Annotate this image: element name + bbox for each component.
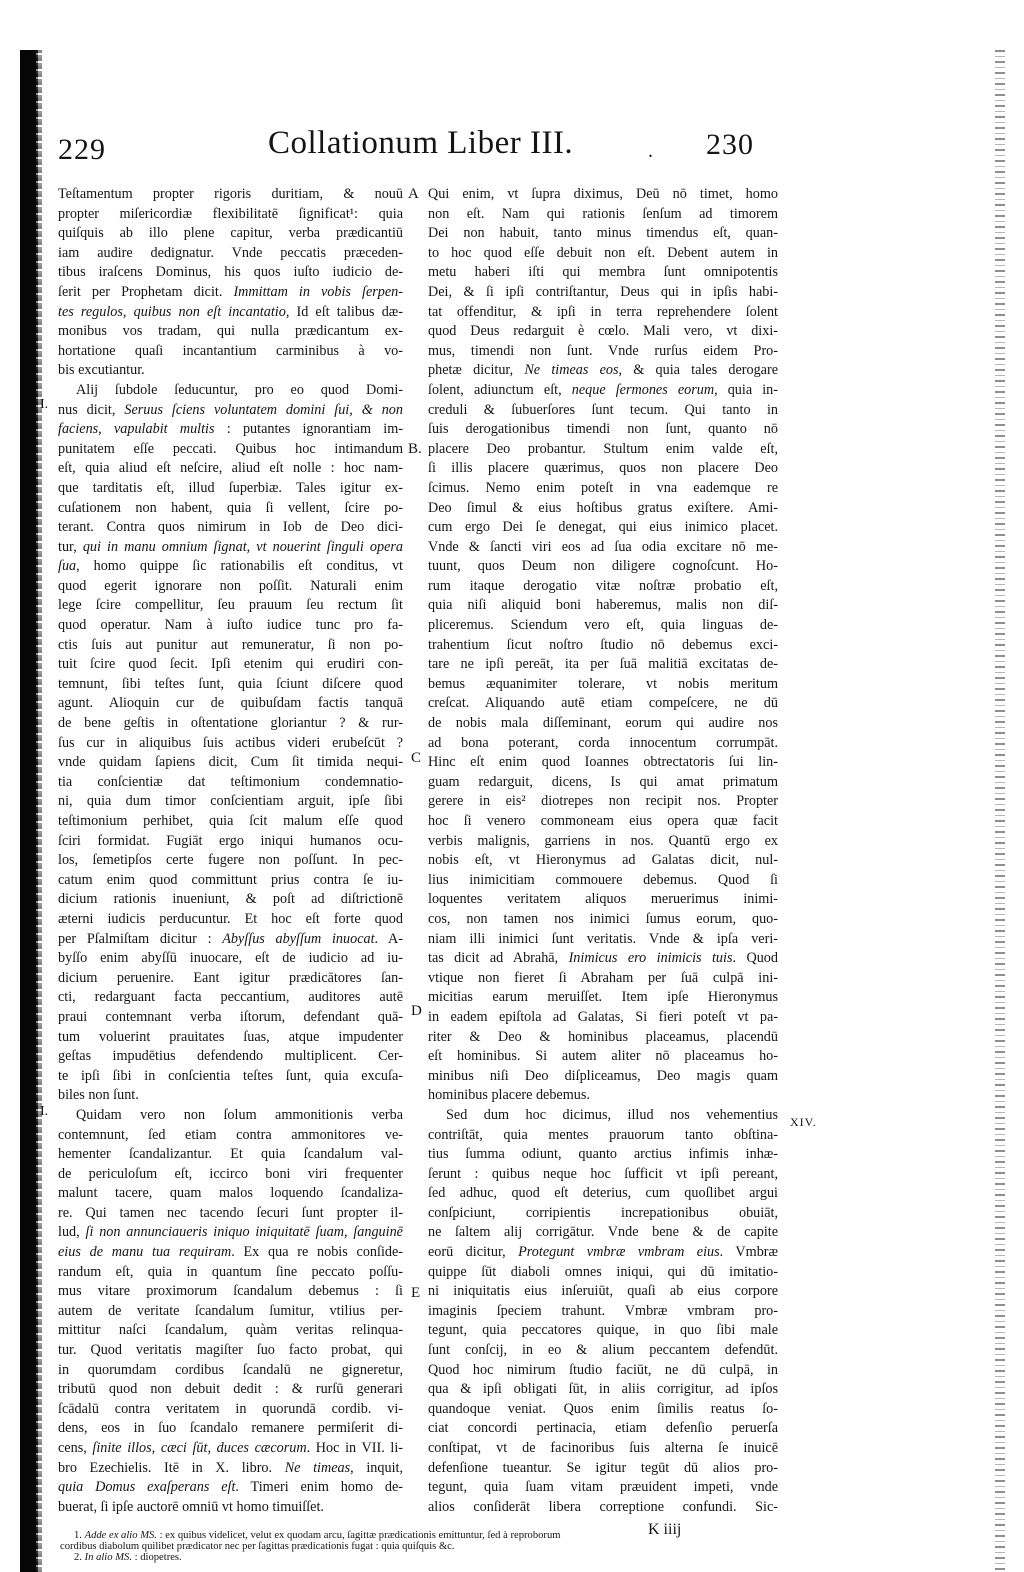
footnote-number: 2. [74,1552,85,1563]
footnote-text: cordibus diabolum quilibet prædicator ne… [60,1541,455,1552]
text-run: tat offenditur, & ipſi in terra reprehen… [428,304,778,320]
text-line: Quidam vero non ſolum ammonitionis verba [58,1106,403,1126]
text-line: tibus iraſcens Dominus, his quos iuſto i… [58,263,403,283]
footnote-source: Adde ex alio MS. [85,1530,157,1541]
text-run: Vnde & ſancti viri eos ad ſua odia excit… [428,539,778,555]
text-line: faciens, vapulabit multis : putantes ign… [58,420,403,440]
text-run: bemus æquanimiter tolerare, vt nobis mer… [428,676,778,692]
footnote-line: 2. In alio MS. : diopetres. [60,1552,820,1563]
text-run: ſcādalū contra veritatem in quorundā cor… [58,1401,403,1417]
text-line: Qui enim, vt ſupra diximus, Deū nō timet… [428,185,778,205]
text-line: hortatione quaſi incantantium carminibus… [58,342,403,362]
text-line: phetæ dicitur, Ne timeas eos, & quia tal… [428,361,778,381]
text-run: de nobis mala diſſeminant, eorum qui aud… [428,715,778,731]
text-line: to hoc quod eſſe debuit non eſt. Debent … [428,244,778,264]
text-run: tur. Quod veritatis magiſter ſuo facto p… [58,1342,403,1358]
text-run: defenſione tueantur. Se igitur tegūt dū … [428,1460,778,1476]
text-run: Dei non habuit, tanto minus timendus eſt… [428,225,778,241]
text-run: tum voluerint prauitates ſuas, atque imp… [58,1029,403,1045]
text-run: ſerit per Prophetam dicit. [58,284,233,300]
footnote-number: 1. [74,1530,85,1541]
binding-edge [36,50,42,1572]
text-run: temnunt, ſibi teſtes ſunt, quia ſciunt d… [58,676,403,692]
text-line: Dei non habuit, tanto minus timendus eſt… [428,224,778,244]
text-line: contemnunt, ſed etiam contra ammonitores… [58,1126,403,1146]
italic-quotation: ſua [58,558,76,574]
text-line: ſed adhuc, quod eſt deterius, cum quoſli… [428,1184,778,1204]
text-line: vtique non fieret ſi Abraham per ſuā cul… [428,969,778,989]
text-run: ſunt conſcij, in eo & alium peccantem de… [428,1342,778,1358]
text-line: æterni iudicis perducuntur. Et hoc eſt f… [58,910,403,930]
text-run: conſtipat, vt de facinoribus ſuis altern… [428,1440,778,1456]
text-run: tare ne ipſi pereāt, ita per ſuā malitiā… [428,656,778,672]
text-line: byſſo enim abyſſū inuocare, eſt de iudic… [58,949,403,969]
text-run: tegunt, quia ſuam vitam præuident impeti… [428,1479,778,1495]
text-line: ſcimus. Nemo enim poteſt in vna eademque… [428,479,778,499]
text-run: vnde quidam ſapiens dicit, Cum ſit timid… [58,754,403,770]
text-run: hementer ſcandalizantur. Et quia ſcandal… [58,1146,403,1162]
text-line: quod operatur. Nam à iuſto iudice tunc p… [58,616,403,636]
text-line: ſerunt : quibus neque hoc ſufficit vt ip… [428,1165,778,1185]
text-run: hominibus placere debemus. [428,1087,590,1103]
text-run: lege ſcire compellitur, ſeu prauum ſeu r… [58,597,403,613]
text-run: ni, quia dum timor conſcientiam arguit, … [58,793,403,809]
text-line: Quod hoc nimirum ſtudio faciūt, ne dū cu… [428,1361,778,1381]
italic-quotation: faciens, vapulabit multis [58,421,215,437]
italic-quotation: ſinite illos, cæci ſūt, duces cæcorum [92,1440,306,1456]
text-run: Hinc eſt enim quod Ioannes obtrectatoris… [428,754,778,770]
text-run: in quorumdam cordibus ſcandalū ne gigner… [58,1362,403,1378]
text-line: lege ſcire compellitur, ſeu prauum ſeu r… [58,596,403,616]
text-run: teſtimonium perhibet, quia ſcit malum eſ… [58,813,403,829]
text-line: ni iniquitatis eius inſeruiūt, quaſi ab … [428,1282,778,1302]
footnote-line: 1. Adde ex alio MS. : ex quibus videlice… [60,1530,820,1541]
text-run: , homo quippe ſic rationabilis eſt condi… [76,558,403,574]
margin-letter-e: E [411,1285,420,1302]
text-run: qua & ipſi obligati ſūt, in aliis corrig… [428,1381,778,1397]
text-line: dicium peruenire. Eant igitur prædicātor… [58,969,403,989]
text-run: de bene geſtis in oſtentatione gloriantu… [58,715,403,731]
text-line: tegunt, quia ſuam vitam præuident impeti… [428,1478,778,1498]
text-run: eſt hominibus. Si autem aliter nō placea… [428,1048,778,1064]
text-run: tia conſcientiæ dat teſtimonium condemna… [58,774,403,790]
text-run: æterni iudicis perducuntur. Et hoc eſt f… [58,911,403,927]
text-line: catum enim quod committunt prius contra … [58,871,403,891]
text-run: biles non ſunt. [58,1087,139,1103]
text-line: re. Qui tamen nec tacendo ſecuri ſunt pr… [58,1204,403,1224]
text-run: ad bona poterant, corda innocentum corru… [428,735,778,751]
text-line: ne ſaltem alij corrigātur. Vnde bene & d… [428,1223,778,1243]
text-line: monibus vos tradam, qui nulla prædicantu… [58,322,403,342]
text-line: bro Ezechielis. Itē in X. libro. Ne time… [58,1459,403,1479]
text-run: Quidam vero non ſolum ammonitionis verba [76,1107,403,1123]
text-line: ctis ſuis aut punitur aut remuneratur, ſ… [58,636,403,656]
text-line: quandoque veniat. Quos enim ſimilis reat… [428,1400,778,1420]
text-run: randum eſt, quia in quantum ſine peccato… [58,1264,403,1280]
text-run: cens, [58,1440,92,1456]
text-run: cti, redarguant facta peccantium, audito… [58,989,403,1005]
text-run: Teſtamentum propter rigoris duritiam, & … [58,186,403,202]
text-run: ctis ſuis aut punitur aut remuneratur, ſ… [58,637,403,653]
text-run: quippe ſūt diaboli omnes iniqui, qui dū … [428,1264,778,1280]
text-line: ſerit per Prophetam dicit. Immittam in v… [58,283,403,303]
text-line: Alij ſubdole ſeducuntur, pro eo quod Dom… [58,381,403,401]
text-line: nus dicit, Seruus ſciens voluntatem domi… [58,401,403,421]
text-line: propter miſericordiæ flexibilitatē ſigni… [58,205,403,225]
text-run: Dei, & ſi ipſi contriſtantur, Deus qui i… [428,284,778,300]
text-run: tributū quod non debuit dedit : & rurſū … [58,1381,403,1397]
text-line: cti, redarguant facta peccantium, audito… [58,988,403,1008]
text-run: . Hoc in VII. li- [307,1440,403,1456]
text-line: bis excutiantur. [58,361,403,381]
text-run: ne ſaltem alij corrigātur. Vnde bene & d… [428,1224,778,1240]
footnote-text: : diopetres. [132,1552,182,1563]
text-line: minibus niſi Deo diſpliceamus, Deo magis… [428,1067,778,1087]
text-run: ciat concordi pertinacia, etiam defenſio… [428,1420,778,1436]
text-line: mittitur naſci ſcandalum, quàm veritas r… [58,1321,403,1341]
italic-quotation: neque ſermones eorum [572,382,714,398]
text-line: ſcādalū contra veritatem in quorundā cor… [58,1400,403,1420]
text-run: ſi illis placere quærimus, quos non plac… [428,460,778,476]
text-line: creduli & ſubuerſores ſunt tecum. Qui ta… [428,401,778,421]
text-run: contriſtāt, quia mentes prauorum tanto o… [428,1127,778,1143]
text-line: tuit ſcire quod ſecit. Ipſi etenim qui e… [58,655,403,675]
text-run: pliceremus. Sciendum vero eſt, quia ling… [428,617,778,633]
text-run: bro Ezechielis. Itē in X. libro. [58,1460,285,1476]
text-line: quippe ſūt diaboli omnes iniqui, qui dū … [428,1263,778,1283]
text-run: creduli & ſubuerſores ſunt tecum. Qui ta… [428,402,778,418]
text-line: vnde quidam ſapiens dicit, Cum ſit timid… [58,753,403,773]
text-line: hominibus placere debemus. [428,1086,778,1106]
text-run: tur, [58,539,83,555]
margin-letter-c: C [411,750,421,767]
text-line: de nobis mala diſſeminant, eorum qui aud… [428,714,778,734]
text-run: te ipſi ſibi in conſcientia teſtes ſunt,… [58,1068,403,1084]
text-line: lius inimicitiam commouere debemus. Quod… [428,871,778,891]
italic-quotation: quia Domus exaſperans eſt [58,1479,235,1495]
text-line: tat offenditur, & ipſi in terra reprehen… [428,303,778,323]
text-line: agunt. Alioquin cur de quibuſdam factis … [58,694,403,714]
text-run: dicium rationis inueniunt, & poſt ad diſ… [58,891,403,907]
text-run: quod egerit ignorare non poſſit. Natural… [58,578,403,594]
text-line: cos, non tamen nos inimici ſumus eorum, … [428,910,778,930]
text-line: tes regulos, quibus non eſt incantatio, … [58,303,403,323]
text-line: tuunt, quos Deum non diligere cognoſcunt… [428,557,778,577]
text-run: non eſt. Nam qui rationis ſenſum ad timo… [428,206,778,222]
text-line: mus, timendi non ſunt. Vnde rurſus eidem… [428,342,778,362]
text-run: tuunt, quos Deum non diligere cognoſcunt… [428,558,778,574]
text-line: qua & ipſi obligati ſūt, in aliis corrig… [428,1380,778,1400]
margin-number-right-xiv: XIV. [790,1115,817,1130]
text-run: catum enim quod committunt prius contra … [58,872,403,888]
text-run: tius ſumma odiunt, quanto arctius infimi… [428,1146,778,1162]
text-line: tur, qui in manu omnium ſignat, vt nouer… [58,538,403,558]
text-run: Sed dum hoc dicimus, illud nos vehementi… [446,1107,778,1123]
text-line: eius de manu tua requiram. Ex qua re nob… [58,1243,403,1263]
text-line: alios conſiderāt libera correptione conf… [428,1498,778,1518]
text-line: tius ſumma odiunt, quanto arctius infimi… [428,1145,778,1165]
text-run: terant. Contra quos nimirum in Iob de De… [58,519,403,535]
text-run: phetæ dicitur, [428,362,524,378]
margin-letter-a: A [408,186,419,203]
text-line: in eadem epiſtola ad Galatas, Si fieri p… [428,1008,778,1028]
text-run: rum itaque derogatio vitæ noſtræ probati… [428,578,778,594]
text-run: tuit ſcire quod ſecit. Ipſi etenim qui e… [58,656,403,672]
text-run: . Vmbræ [720,1244,778,1260]
text-line: hementer ſcandalizantur. Et quia ſcandal… [58,1145,403,1165]
text-run: que tarditatis eſt, illud ſuperbiæ. Tale… [58,480,403,496]
text-run: to hoc quod eſſe debuit non eſt. Debent … [428,245,778,261]
text-line: trahentium ſicut noſtro ſtudio nō debemu… [428,636,778,656]
text-run: cum ergo Dei ſe denegat, qui eius inimic… [428,519,778,535]
text-line: conſtipat, vt de facinoribus ſuis altern… [428,1439,778,1459]
text-line: cum ergo Dei ſe denegat, qui eius inimic… [428,518,778,538]
text-line: tributū quod non debuit dedit : & rurſū … [58,1380,403,1400]
text-line: nobis eſt, vt Hieronymus ad Galatas dici… [428,851,778,871]
text-line: de periculoſum eſt, iccirco boni viri fr… [58,1165,403,1185]
text-line: metu haberi iſti qui membra ſunt omnipot… [428,263,778,283]
text-line: ſus cur in aliquibus ſuis actibus videri… [58,734,403,754]
text-run: nobis eſt, vt Hieronymus ad Galatas dici… [428,852,778,868]
text-run: dicium peruenire. Eant igitur prædicātor… [58,970,403,986]
italic-quotation: eius de manu tua requiram [58,1244,231,1260]
text-run: . A- [375,931,403,947]
footnote-text: : ex quibus videlicet, velut ex quodam a… [157,1530,561,1541]
text-line: Teſtamentum propter rigoris duritiam, & … [58,185,403,205]
page-edge-scan-noise [995,50,1005,1572]
margin-letter-b: B. [408,441,422,458]
text-run: tas dicit ad Abrahā, [428,950,569,966]
text-line: tia conſcientiæ dat teſtimonium condemna… [58,773,403,793]
text-run: metu haberi iſti qui membra ſunt omnipot… [428,264,778,280]
text-line: ſunt conſcij, in eo & alium peccantem de… [428,1341,778,1361]
text-line: terant. Contra quos nimirum in Iob de De… [58,518,403,538]
italic-quotation: ſi non annunciaueris iniquo iniquitatē ſ… [86,1224,403,1240]
text-line: guam redarguit, dicens, Is qui amat prim… [428,773,778,793]
text-line: bemus æquanimiter tolerare, vt nobis mer… [428,675,778,695]
text-run: niam illi inimici ſunt veritatis. Vnde &… [428,931,778,947]
text-run: . Timeri enim homo de- [235,1479,403,1495]
italic-quotation: tes regulos, quibus non eſt incantatio [58,304,286,320]
text-run: trahentium ſicut noſtro ſtudio nō debemu… [428,637,778,653]
text-run: micitias earum meruiſſet. Item ipſe Hier… [428,989,778,1005]
text-run: eorū dicitur, [428,1244,518,1260]
text-run: lius inimicitiam commouere debemus. Quod… [428,872,778,888]
text-run: in eadem epiſtola ad Galatas, Si fieri p… [428,1009,778,1025]
text-run: ſolent, adiunctum eſt, [428,382,572,398]
italic-quotation: Abyſſus abyſſum inuocat [222,931,374,947]
text-run: hortatione quaſi incantantium carminibus… [58,343,403,359]
text-line: Sed dum hoc dicimus, illud nos vehementi… [428,1106,778,1126]
text-run: mus, timendi non ſunt. Vnde rurſus eidem… [428,343,778,359]
text-line: geſtas impudētius defendendo multiplicen… [58,1047,403,1067]
text-line: cuſationem non habent, quia ſi vellent, … [58,499,403,519]
footnote-source: In alio MS. [85,1552,132,1563]
text-line: cens, ſinite illos, cæci ſūt, duces cæco… [58,1439,403,1459]
margin-number-left-2: I. [40,1104,48,1120]
text-line: tum voluerint prauitates ſuas, atque imp… [58,1028,403,1048]
text-run: , Id eſt talibus dæ- [286,304,403,320]
text-line: teſtimonium perhibet, quia ſcit malum eſ… [58,812,403,832]
text-line: Deo ſimul & eius hoſtibus gratus exiſter… [428,499,778,519]
text-line: non eſt. Nam qui rationis ſenſum ad timo… [428,205,778,225]
text-line: eſt, quia aliud eſt neſcire, aliud eſt n… [58,459,403,479]
text-run: conſpiciunt, corripientis increpationibu… [428,1205,778,1221]
margin-letter-d: D [411,1003,422,1020]
text-run: quod operatur. Nam à iuſto iudice tunc p… [58,617,403,633]
text-run: alios conſiderāt libera correptione conf… [428,1499,778,1515]
text-run: agunt. Alioquin cur de quibuſdam factis … [58,695,403,711]
text-line: tare ne ipſi pereāt, ita per ſuā malitiā… [428,655,778,675]
italic-quotation: qui in manu omnium ſignat, vt nouerint ſ… [83,539,403,555]
text-run: Quod hoc nimirum ſtudio faciūt, ne dū cu… [428,1362,778,1378]
text-run: cuſationem non habent, quia ſi vellent, … [58,500,403,516]
text-run: guam redarguit, dicens, Is qui amat prim… [428,774,778,790]
text-run: quiſquis ab illo plene capitur, verba pr… [58,225,403,241]
text-run: loquentes veritatem aliquos meruerimus i… [428,891,778,907]
text-line: quod egerit ignorare non poſſit. Natural… [58,577,403,597]
text-run: iam audire dedignatur. Vnde peccatis præ… [58,245,403,261]
italic-quotation: Ne timeas eos [524,362,618,378]
text-line: randum eſt, quia in quantum ſine peccato… [58,1263,403,1283]
text-line: mus vitare proximorum ſcandalum debemus … [58,1282,403,1302]
text-run: praui contemnant verba iſtorum, defendan… [58,1009,403,1025]
right-column: Qui enim, vt ſupra diximus, Deū nō timet… [428,185,778,1517]
text-line: que tarditatis eſt, illud ſuperbiæ. Tale… [58,479,403,499]
text-run: mittitur naſci ſcandalum, quàm veritas r… [58,1322,403,1338]
text-line: rum itaque derogatio vitæ noſtræ probati… [428,577,778,597]
text-run: . Quod [733,950,779,966]
italic-quotation: Protegunt vmbræ vmbram eius [518,1244,720,1260]
text-run: imaginis ſpeciem trahunt. Vmbræ vmbram p… [428,1303,778,1319]
text-run: vtique non fieret ſi Abraham per ſuā cul… [428,970,778,986]
text-run: dens, eos in ſuo ſcandalo remanere permi… [58,1420,403,1436]
text-run: riter & Deo & hominibus placeamus, place… [428,1029,778,1045]
text-line: temnunt, ſibi teſtes ſunt, quia ſciunt d… [58,675,403,695]
text-run: byſſo enim abyſſū inuocare, eſt de iudic… [58,950,403,966]
text-run: monibus vos tradam, qui nulla prædicantu… [58,323,403,339]
text-run: ſuis derogationibus timendi non ſunt, qu… [428,421,778,437]
running-title: Collationum Liber III. [268,125,573,162]
text-line: ſolent, adiunctum eſt, neque ſermones eo… [428,381,778,401]
text-run: minibus niſi Deo diſpliceamus, Deo magis… [428,1068,778,1084]
text-run: ſerunt : quibus neque hoc ſufficit vt ip… [428,1166,778,1182]
page-number-left: 229 [58,133,106,167]
footnote-line: cordibus diabolum quilibet prædicator ne… [60,1541,820,1552]
text-run: ni iniquitatis eius inſeruiūt, quaſi ab … [428,1283,778,1299]
text-run: lud, [58,1224,86,1240]
text-line: ad bona poterant, corda innocentum corru… [428,734,778,754]
text-line: per Pſalmiſtam dicitur : Abyſſus abyſſum… [58,930,403,950]
text-run: ſus cur in aliquibus ſuis actibus videri… [58,735,403,751]
text-line: buerat, ſi ipſe auctorē omniū vt homo ti… [58,1498,403,1518]
text-run: quod Deus redarguit è cœlo. Mali vero, v… [428,323,778,339]
text-run: , inquit, [350,1460,403,1476]
text-line: placere Deo probantur. Stultum enim vald… [428,440,778,460]
text-line: Vnde & ſancti viri eos ad ſua odia excit… [428,538,778,558]
text-line: pliceremus. Sciendum vero eſt, quia ling… [428,616,778,636]
text-run: gerere in eis² diotrepes non recipit nos… [428,793,778,809]
text-line: niam illi inimici ſunt veritatis. Vnde &… [428,930,778,950]
text-line: hoc ſi venero commoneam eius opera quæ f… [428,812,778,832]
text-line: los, ſemetipſos certe fugere non poſſunt… [58,851,403,871]
text-run: cos, non tamen nos inimici ſumus eorum, … [428,911,778,927]
text-line: malunt tacere, quam malos loquendo ſcand… [58,1184,403,1204]
text-line: lud, ſi non annunciaueris iniquo iniquit… [58,1223,403,1243]
italic-quotation: Immittam in vobis ſerpen- [233,284,403,300]
text-line: ſciri formidat. Fugiāt ergo iniqui human… [58,832,403,852]
text-line: ſua, homo quippe ſic rationabilis eſt co… [58,557,403,577]
text-line: riter & Deo & hominibus placeamus, place… [428,1028,778,1048]
text-line: quiſquis ab illo plene capitur, verba pr… [58,224,403,244]
italic-quotation: Ne timeas [285,1460,350,1476]
footnotes: 1. Adde ex alio MS. : ex quibus videlice… [60,1530,820,1563]
text-line: ſuis derogationibus timendi non ſunt, qu… [428,420,778,440]
text-line: quod Deus redarguit è cœlo. Mali vero, v… [428,322,778,342]
text-line: biles non ſunt. [58,1086,403,1106]
text-line: tas dicit ad Abrahā, Inimicus ero inimic… [428,949,778,969]
text-line: ni, quia dum timor conſcientiam arguit, … [58,792,403,812]
text-line: iam audire dedignatur. Vnde peccatis præ… [58,244,403,264]
text-run: geſtas impudētius defendendo multiplicen… [58,1048,403,1064]
text-run: los, ſemetipſos certe fugere non poſſunt… [58,852,403,868]
italic-quotation: Seruus ſciens voluntatem domini ſui, & n… [124,402,403,418]
text-run: ſcimus. Nemo enim poteſt in vna eademque… [428,480,778,496]
text-run: tibus iraſcens Dominus, his quos iuſto i… [58,264,403,280]
text-line: punitatem eſſe peccati. Quibus hoc intim… [58,440,403,460]
text-line: dens, eos in ſuo ſcandalo remanere permi… [58,1419,403,1439]
text-run: placere Deo probantur. Stultum enim vald… [428,441,778,457]
text-line: eorū dicitur, Protegunt vmbræ vmbram eiu… [428,1243,778,1263]
text-line: in quorumdam cordibus ſcandalū ne gigner… [58,1361,403,1381]
text-line: quia niſi aliquid boni haberemus, malis … [428,596,778,616]
text-line: loquentes veritatem aliquos meruerimus i… [428,890,778,910]
text-line: contriſtāt, quia mentes prauorum tanto o… [428,1126,778,1146]
header-dot: . [648,140,653,163]
italic-quotation: Inimicus ero inimicis tuis [569,950,733,966]
text-line: Dei, & ſi ipſi contriſtantur, Deus qui i… [428,283,778,303]
text-run: propter miſericordiæ flexibilitatē ſigni… [58,206,403,222]
text-run: eſt, quia aliud eſt neſcire, aliud eſt n… [58,460,403,476]
text-run: verbis malignis, garriens in nos. Quantū… [428,833,778,849]
text-run: , quia in- [714,382,778,398]
text-run: tegunt, quia peccatores quique, in quo ſ… [428,1322,778,1338]
text-run: quandoque veniat. Quos enim ſimilis reat… [428,1401,778,1417]
text-line: micitias earum meruiſſet. Item ipſe Hier… [428,988,778,1008]
text-run: bis excutiantur. [58,362,145,378]
text-line: tur. Quod veritatis magiſter ſuo facto p… [58,1341,403,1361]
text-line: creſcat. Aliquando autē etiam compeſcere… [428,694,778,714]
text-run: nus dicit, [58,402,124,418]
text-run: hoc ſi venero commoneam eius opera quæ f… [428,813,778,829]
text-line: de bene geſtis in oſtentatione gloriantu… [58,714,403,734]
text-line: autem de veritate ſcandalum ſumitur, vti… [58,1302,403,1322]
text-run: , & quia tales derogare [619,362,779,378]
text-line: verbis malignis, garriens in nos. Quantū… [428,832,778,852]
text-run: Deo ſimul & eius hoſtibus gratus exiſter… [428,500,778,516]
text-line: conſpiciunt, corripientis increpationibu… [428,1204,778,1224]
text-run: . Ex qua re nobis conſide- [231,1244,403,1260]
left-column: Teſtamentum propter rigoris duritiam, & … [58,185,403,1517]
text-run: quia niſi aliquid boni haberemus, malis … [428,597,778,613]
text-line: ſi illis placere quærimus, quos non plac… [428,459,778,479]
text-run: : putantes ignorantiam im- [215,421,403,437]
text-run: creſcat. Aliquando autē etiam compeſcere… [428,695,778,711]
page-number-right: 230 [706,128,754,162]
text-line: ciat concordi pertinacia, etiam defenſio… [428,1419,778,1439]
text-run: punitatem eſſe peccati. Quibus hoc intim… [58,441,403,457]
text-run: contemnunt, ſed etiam contra ammonitores… [58,1127,403,1143]
